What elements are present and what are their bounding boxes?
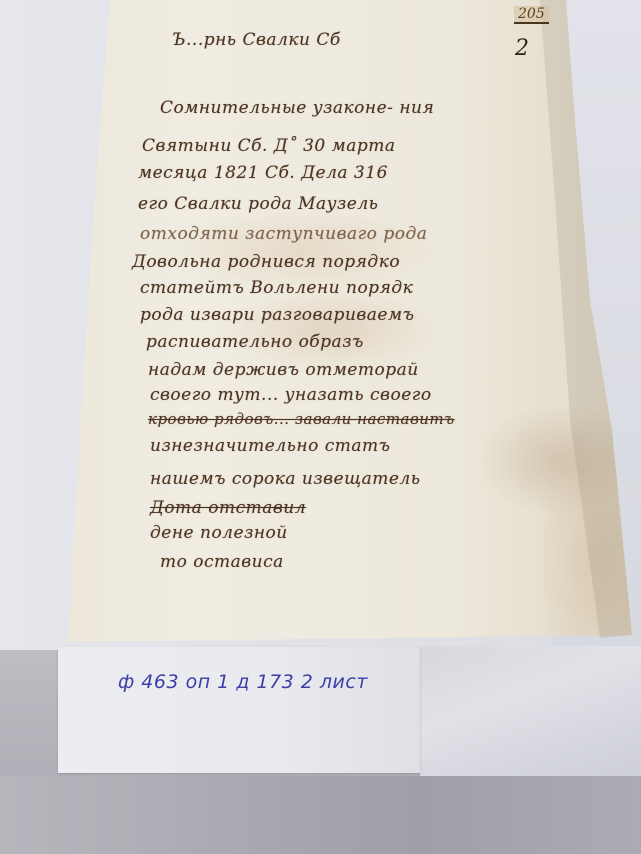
body-line: Сомнительные узаконе- ния	[160, 98, 434, 118]
body-line-struck: Дота отставил	[150, 498, 306, 518]
body-line: распивательно образъ	[146, 332, 364, 352]
plastic-sleeve	[420, 646, 641, 776]
body-line: дене полезной	[150, 523, 288, 543]
body-line: Святыни Сб. Д˚ 30 марта	[142, 136, 396, 156]
folio-number: 205	[514, 6, 549, 24]
body-line-struck: кровью рядовъ... завали наставитъ	[148, 410, 455, 428]
body-line: то остависа	[160, 552, 284, 572]
body-line: изнезначительно статъ	[150, 436, 390, 456]
body-line: его Свалки рода Маузель	[138, 194, 378, 214]
body-line: статейтъ Вольлени порядк	[140, 278, 413, 298]
body-line: Довольна роднився порядко	[132, 252, 400, 272]
table-surface	[0, 776, 641, 854]
archive-label: ф 463 оп 1 д 173 2 лист	[58, 647, 420, 773]
body-line: нашемъ сорока извещатель	[150, 469, 420, 489]
header-title: Ъ...рнь Свалки Сб	[172, 30, 341, 50]
body-line: отходяти заступчиваго рода	[140, 224, 427, 244]
body-line: надам держивъ отметорай	[148, 360, 419, 380]
photo-scene: Ъ...рнь Свалки Сб 205 2 Сомнительные уза…	[0, 0, 641, 854]
sheet-number: 2	[515, 36, 529, 61]
body-line: своего тут... уназать своего	[150, 385, 432, 405]
body-line: месяца 1821 Сб. Дела 316	[138, 163, 388, 183]
body-line: рода извари разговариваемъ	[140, 305, 414, 325]
archive-reference: ф 463 оп 1 д 173 2 лист	[118, 671, 368, 693]
